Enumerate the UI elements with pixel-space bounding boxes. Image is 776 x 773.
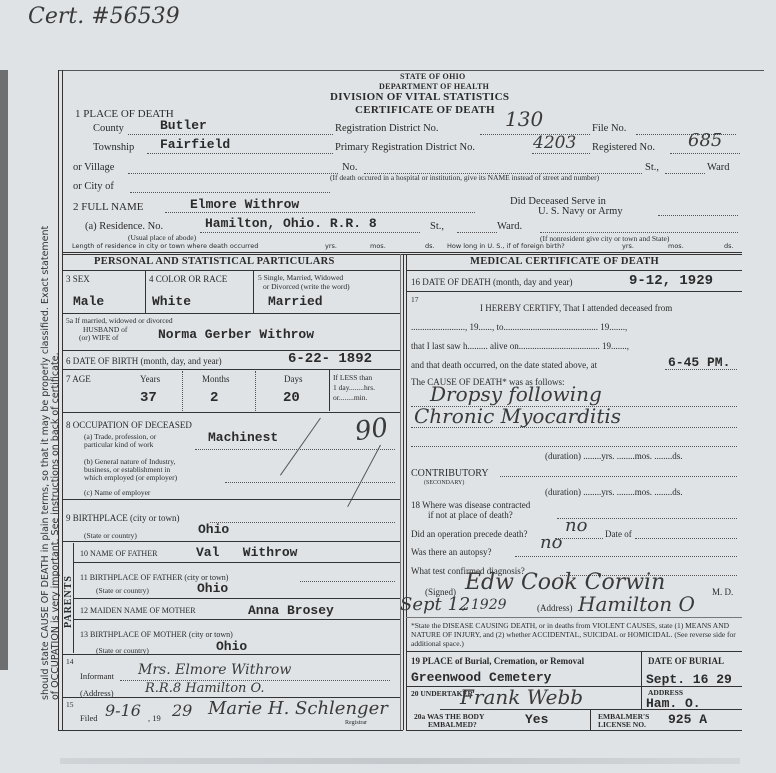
license-label-2: LICENSE NO. bbox=[598, 720, 646, 729]
years-label: Years bbox=[140, 374, 160, 384]
birthplace-state-value: Ohio bbox=[198, 522, 229, 537]
street-no-label: No. bbox=[342, 162, 357, 173]
residence-ward-label: Ward. bbox=[497, 221, 522, 232]
trade-value: Machinest bbox=[208, 430, 278, 445]
birthplace-label: 9 BIRTHPLACE (city or town) bbox=[66, 513, 179, 523]
rule bbox=[62, 499, 400, 500]
length-of-residence-note: Length of residence in city or town wher… bbox=[72, 242, 258, 250]
residence-value: Hamilton, Ohio. R.R. 8 bbox=[205, 216, 377, 231]
spouse-value: Norma Gerber Withrow bbox=[158, 327, 314, 342]
contracted-label-1: 18 Where was disease contracted bbox=[411, 500, 530, 510]
informant-number: 14 bbox=[66, 657, 74, 666]
contributory-line bbox=[500, 476, 737, 477]
cert-number-note: Cert. #56539 bbox=[28, 4, 180, 29]
death-certificate-page: { "cert_note": "Cert. #56539", "header":… bbox=[0, 0, 776, 773]
filed-date: 9-16 bbox=[105, 701, 141, 720]
operation-date-label: Date of bbox=[605, 529, 632, 539]
rule bbox=[62, 252, 742, 253]
trade-line bbox=[195, 449, 395, 450]
column-divider bbox=[406, 254, 407, 730]
informant-value: Mrs. Elmore Withrow bbox=[138, 662, 291, 678]
margin-instructions-line-2: of OCCUPATION is very important. See ins… bbox=[50, 352, 61, 700]
margin-mark: 90 bbox=[353, 413, 390, 447]
months-label: Months bbox=[202, 374, 230, 384]
race-value: White bbox=[152, 294, 191, 309]
informant-address-value: R.R.8 Hamilton O. bbox=[145, 681, 265, 696]
registrar-label: Registrar bbox=[345, 720, 367, 726]
column-divider bbox=[403, 254, 404, 730]
mother-value: Anna Brosey bbox=[248, 603, 334, 618]
filed-number: 15 bbox=[66, 700, 74, 709]
attended-from-to: ........................, 19......, to..… bbox=[411, 322, 627, 332]
duration-line-2: (duration) ........yrs. ........mos. ...… bbox=[545, 487, 683, 497]
rule bbox=[74, 619, 400, 620]
foreign-ds: ds. bbox=[724, 242, 734, 250]
registration-district-label: Registration District No. bbox=[335, 123, 439, 134]
hospital-note: (If death occured in a hospital or insti… bbox=[330, 173, 599, 182]
margin-slash-2 bbox=[347, 445, 381, 507]
full-name-line bbox=[165, 212, 475, 213]
months-value: 2 bbox=[210, 390, 218, 406]
township-label: Township bbox=[93, 142, 134, 153]
form-left-border bbox=[58, 70, 59, 730]
death-time-label: and that death occurred, on the date sta… bbox=[411, 360, 597, 370]
length-mos: mos. bbox=[370, 242, 386, 250]
rule bbox=[62, 654, 400, 655]
license-value: 925 A bbox=[668, 712, 707, 727]
form-top-edge bbox=[58, 70, 764, 71]
file-no-label: File No. bbox=[592, 123, 626, 134]
rule bbox=[62, 412, 400, 413]
rule bbox=[74, 562, 400, 563]
age-label: 7 AGE bbox=[66, 374, 91, 384]
st-label: St., bbox=[645, 162, 659, 173]
navy-line bbox=[658, 215, 738, 216]
cell-divider bbox=[182, 371, 183, 411]
autopsy-label: Was there an autopsy? bbox=[411, 547, 492, 557]
mother-birthplace-label: 13 BIRTHPLACE OF MOTHER (city or town) bbox=[80, 630, 233, 639]
full-name-value: Elmore Withrow bbox=[190, 197, 299, 212]
cell-divider bbox=[329, 369, 330, 411]
burial-place-value: Greenwood Cemetery bbox=[411, 670, 551, 685]
foreign-birth-note: How long in U. S., if of foreign birth? bbox=[447, 242, 565, 250]
township-value: Fairfield bbox=[160, 137, 230, 152]
autopsy-value: no bbox=[540, 532, 562, 553]
ward-label: Ward bbox=[707, 162, 729, 173]
rule bbox=[440, 709, 742, 710]
date-of-death-label: 16 DATE OF DEATH (month, day and year) bbox=[411, 277, 572, 287]
dob-value: 6-22- 1892 bbox=[288, 351, 372, 367]
certify-statement: I HEREBY CERTIFY, That I attended deceas… bbox=[480, 303, 672, 313]
full-name-label: 2 FULL NAME bbox=[73, 201, 143, 213]
residence-ward-line bbox=[457, 232, 497, 233]
personal-section-title: PERSONAL AND STATISTICAL PARTICULARS bbox=[94, 256, 335, 267]
rule bbox=[74, 598, 400, 599]
birthplace-line bbox=[210, 522, 395, 523]
parents-label: PARENTS bbox=[63, 575, 74, 628]
spouse-label-3: (or) WIFE of bbox=[79, 333, 118, 342]
rule bbox=[406, 270, 742, 271]
less-than-label-2: 1 day........hrs. bbox=[333, 383, 375, 392]
rule bbox=[62, 541, 400, 542]
marital-label-2: or Divorced (write the word) bbox=[263, 282, 350, 291]
registration-district-value: 130 bbox=[505, 107, 543, 131]
foreign-mos: mos. bbox=[668, 242, 684, 250]
residence-label: (a) Residence. No. bbox=[85, 221, 163, 232]
registered-no-line bbox=[670, 153, 740, 154]
death-time-value: 6-45 PM. bbox=[668, 355, 730, 370]
rule bbox=[62, 270, 400, 271]
cell-divider bbox=[255, 371, 256, 411]
signed-year: , 1929 bbox=[462, 597, 507, 613]
nonresident-line bbox=[540, 232, 738, 233]
cause-line-3 bbox=[411, 446, 737, 447]
cell-divider bbox=[253, 270, 254, 313]
township-line bbox=[147, 153, 333, 154]
last-saw-alive: that I last saw h......... alive on.....… bbox=[411, 341, 629, 351]
operation-date-line bbox=[635, 538, 737, 539]
header-state: STATE OF OHIO bbox=[400, 72, 466, 81]
filed-label: Filed bbox=[80, 713, 97, 723]
date-of-death-value: 9-12, 1929 bbox=[629, 273, 713, 289]
rule bbox=[406, 651, 742, 652]
marital-value: Married bbox=[268, 294, 323, 309]
spouse-label-1: 5a If married, widowed or divorced bbox=[66, 316, 173, 325]
embalmed-label-2: EMBALMED? bbox=[428, 720, 477, 729]
medical-section-title: MEDICAL CERTIFICATE OF DEATH bbox=[470, 256, 659, 267]
village-line bbox=[128, 173, 338, 174]
registrar-signature: Marie H. Schlenger bbox=[208, 698, 388, 719]
form-left-border-inner bbox=[62, 70, 63, 730]
father-birthplace-line bbox=[300, 581, 395, 582]
employer-label: (c) Name of employer bbox=[84, 488, 150, 497]
trade-label-2: particular kind of work bbox=[84, 440, 153, 449]
registered-no-value: 685 bbox=[688, 130, 722, 151]
dob-label: 6 DATE OF BIRTH (month, day, and year) bbox=[66, 356, 222, 366]
burial-date-label: DATE OF BURIAL bbox=[648, 656, 724, 666]
margin-slash-1 bbox=[280, 418, 321, 476]
length-ds: ds. bbox=[425, 242, 435, 250]
item-17-number: 17 bbox=[411, 295, 419, 304]
sex-label: 3 SEX bbox=[66, 274, 90, 284]
undertaker-value: Frank Webb bbox=[460, 685, 583, 709]
sex-value: Male bbox=[73, 294, 104, 309]
place-of-death-label: 1 PLACE OF DEATH bbox=[75, 108, 174, 120]
header-title: CERTIFICATE OF DEATH bbox=[355, 104, 495, 116]
residence-st-label: St., bbox=[430, 221, 444, 232]
father-state-label: (State or country) bbox=[96, 586, 149, 595]
city-label: or City of bbox=[73, 181, 114, 192]
header-division: DIVISION OF VITAL STATISTICS bbox=[330, 91, 509, 103]
scan-edge bbox=[0, 70, 8, 670]
secondary-label: (SECONDARY) bbox=[424, 480, 464, 486]
informant-label: Informant bbox=[80, 671, 114, 681]
primary-registration-value: 4203 bbox=[533, 133, 576, 153]
primary-registration-label: Primary Registration District No. bbox=[335, 142, 475, 153]
navy-label-2: U. S. Navy or Army bbox=[538, 206, 623, 217]
father-value: Val Withrow bbox=[196, 545, 297, 560]
registered-no-label: Registered No. bbox=[592, 142, 655, 153]
cell-divider bbox=[590, 709, 591, 730]
city-line bbox=[130, 192, 330, 193]
embalmed-value: Yes bbox=[525, 712, 548, 727]
occupation-label: 8 OCCUPATION OF DECEASED bbox=[66, 420, 192, 430]
rule bbox=[62, 369, 400, 370]
less-than-label-3: or........min. bbox=[333, 393, 367, 402]
burial-date-value: Sept. 16 29 bbox=[646, 672, 732, 687]
rule bbox=[406, 291, 742, 292]
contracted-label-2: if not at place of death? bbox=[428, 510, 513, 520]
county-label: County bbox=[93, 123, 124, 134]
length-yrs: yrs. bbox=[325, 242, 337, 250]
county-line bbox=[128, 134, 333, 135]
signed-address-value: Hamilton O bbox=[578, 592, 695, 616]
rule bbox=[58, 730, 403, 731]
filed-year-prefix: , 19 bbox=[148, 713, 161, 723]
left-panel-right-border bbox=[400, 254, 401, 730]
days-value: 20 bbox=[283, 390, 300, 406]
birthplace-state-label: (State or country) bbox=[84, 531, 137, 540]
rule bbox=[62, 254, 742, 255]
race-label: 4 COLOR OR RACE bbox=[149, 274, 227, 284]
signed-address-label: (Address) bbox=[537, 603, 573, 613]
village-label: or Village bbox=[73, 162, 114, 173]
years-value: 37 bbox=[140, 390, 157, 406]
residence-line bbox=[200, 232, 420, 233]
contributory-label: CONTRIBUTORY bbox=[411, 468, 489, 479]
abode-note: (Usual place of abode) bbox=[128, 233, 196, 242]
burial-place-label: 19 PLACE of Burial, Cremation, or Remova… bbox=[411, 656, 584, 666]
cell-divider bbox=[641, 652, 642, 710]
marital-label-1: 5 Single, Married, Widowed bbox=[258, 273, 343, 282]
signed-date: Sept 12 bbox=[400, 594, 470, 615]
duration-line-1: (duration) ........yrs. ........mos. ...… bbox=[545, 451, 683, 461]
father-birthplace-state: Ohio bbox=[197, 581, 228, 596]
header-department: DEPARTMENT OF HEALTH bbox=[379, 82, 489, 91]
less-than-label-1: If LESS than bbox=[333, 373, 372, 382]
days-label: Days bbox=[284, 374, 303, 384]
father-label: 10 NAME OF FATHER bbox=[80, 549, 157, 558]
foreign-yrs: yrs. bbox=[622, 242, 634, 250]
filed-year: 29 bbox=[172, 701, 192, 720]
md-label: M. D. bbox=[712, 587, 733, 597]
rule bbox=[406, 617, 742, 618]
mother-label: 12 MAIDEN NAME OF MOTHER bbox=[80, 606, 196, 615]
mother-birthplace-state: Ohio bbox=[216, 639, 247, 654]
scan-smudge bbox=[60, 758, 740, 764]
cell-divider bbox=[145, 270, 146, 313]
industry-line bbox=[225, 482, 395, 483]
industry-label-3: which employed (or employer) bbox=[84, 473, 177, 482]
primary-reg-line bbox=[532, 153, 590, 154]
autopsy-line bbox=[515, 556, 737, 557]
operation-value: no bbox=[565, 515, 587, 536]
cause-footnote: *State the DISEASE CAUSING DEATH, or in … bbox=[411, 621, 739, 648]
cause-of-death-primary: Dropsy following bbox=[430, 382, 602, 406]
rule bbox=[406, 730, 742, 731]
county-value: Butler bbox=[160, 118, 207, 133]
cause-of-death-secondary: Chronic Myocarditis bbox=[414, 404, 621, 428]
rule bbox=[62, 313, 400, 314]
operation-label: Did an operation precede death? bbox=[411, 529, 527, 539]
ward-line bbox=[665, 173, 705, 174]
